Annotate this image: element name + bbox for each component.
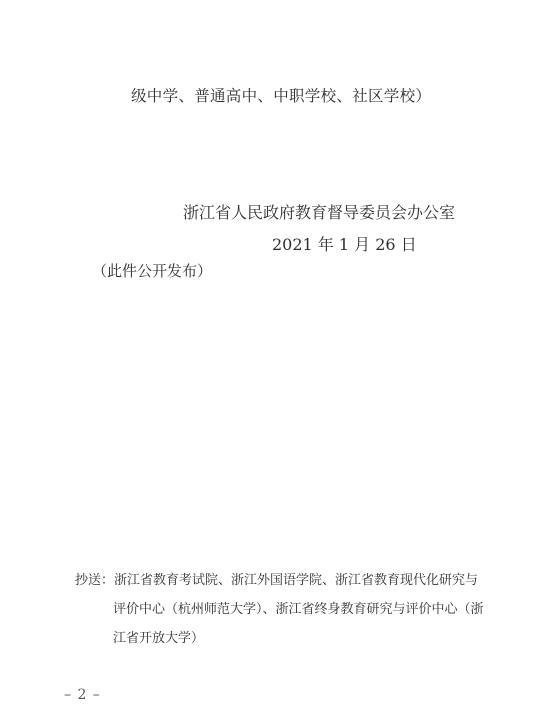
cc-line-1: 抄送：浙江省教育考试院、浙江外国语学院、浙江省教育现代化研究与	[75, 566, 485, 595]
cc-block: 抄送：浙江省教育考试院、浙江外国语学院、浙江省教育现代化研究与 评价中心（杭州师…	[75, 566, 485, 653]
cc-line-1-text: 浙江省教育考试院、浙江外国语学院、浙江省教育现代化研究与	[114, 573, 478, 588]
document-page: 级中学、普通高中、中职学校、社区学校） 浙江省人民政府教育督导委员会办公室 20…	[0, 0, 536, 711]
signature-org: 浙江省人民政府教育督导委员会办公室	[183, 203, 455, 222]
release-note: （此件公开发布）	[92, 262, 212, 280]
page-number: – 2 –	[64, 687, 101, 704]
cc-label: 抄送：	[75, 573, 114, 588]
signature-date: 2021 年 1 月 26 日	[272, 235, 417, 254]
cc-line-3: 江省开放大学）	[113, 624, 485, 653]
body-continuation-text: 级中学、普通高中、中职学校、社区学校）	[131, 87, 431, 106]
cc-line-2: 评价中心（杭州师范大学）、浙江省终身教育研究与评价中心（浙	[113, 595, 485, 624]
